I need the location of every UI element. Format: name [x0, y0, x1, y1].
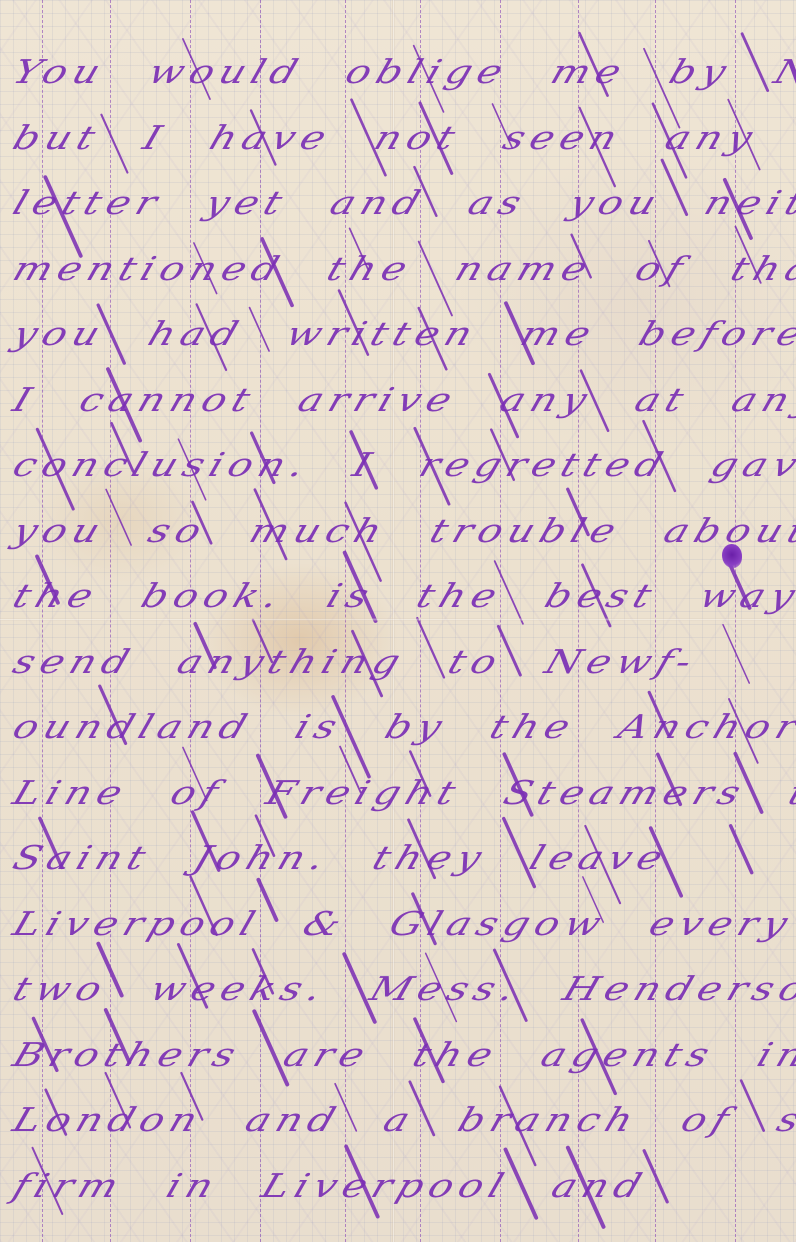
ink-blot — [722, 544, 742, 568]
letter-line: Line of Freight Steamers to — [5, 766, 794, 820]
letter-line: conclusion. I regretted gave — [5, 439, 794, 493]
letter-line: mentioned the name of that — [5, 242, 794, 296]
letter-line: but I have not seen any — [5, 111, 794, 165]
letter-line: oundland is by the Anchor — [5, 701, 794, 755]
letter-line: You would oblige me by N.Y. — [5, 46, 794, 100]
letter-line: I cannot arrive any at any — [5, 373, 794, 427]
letter-line: firm in Liverpool and — [5, 1159, 794, 1213]
letter-line: Liverpool & Glasgow every — [5, 897, 794, 951]
letter-line: Saint John. they leave — [5, 832, 794, 886]
letter-line: you so much trouble about — [5, 504, 794, 558]
letter-line: the book. is the best way to — [5, 570, 794, 624]
letter-body: You would oblige me by N.Y. but I have n… — [14, 40, 786, 1219]
letter-line: London and a branch of same — [5, 1094, 794, 1148]
letter-line: Brothers are the agents in — [5, 1028, 794, 1082]
letter-line: two weeks. Mess. Henderson — [5, 963, 794, 1017]
letter-page: You would oblige me by N.Y. but I have n… — [0, 0, 796, 1242]
letter-line: letter yet and as you neither — [5, 177, 794, 231]
letter-line: you had written me before — [5, 308, 794, 362]
letter-line: send anything to Newf- — [5, 635, 794, 689]
